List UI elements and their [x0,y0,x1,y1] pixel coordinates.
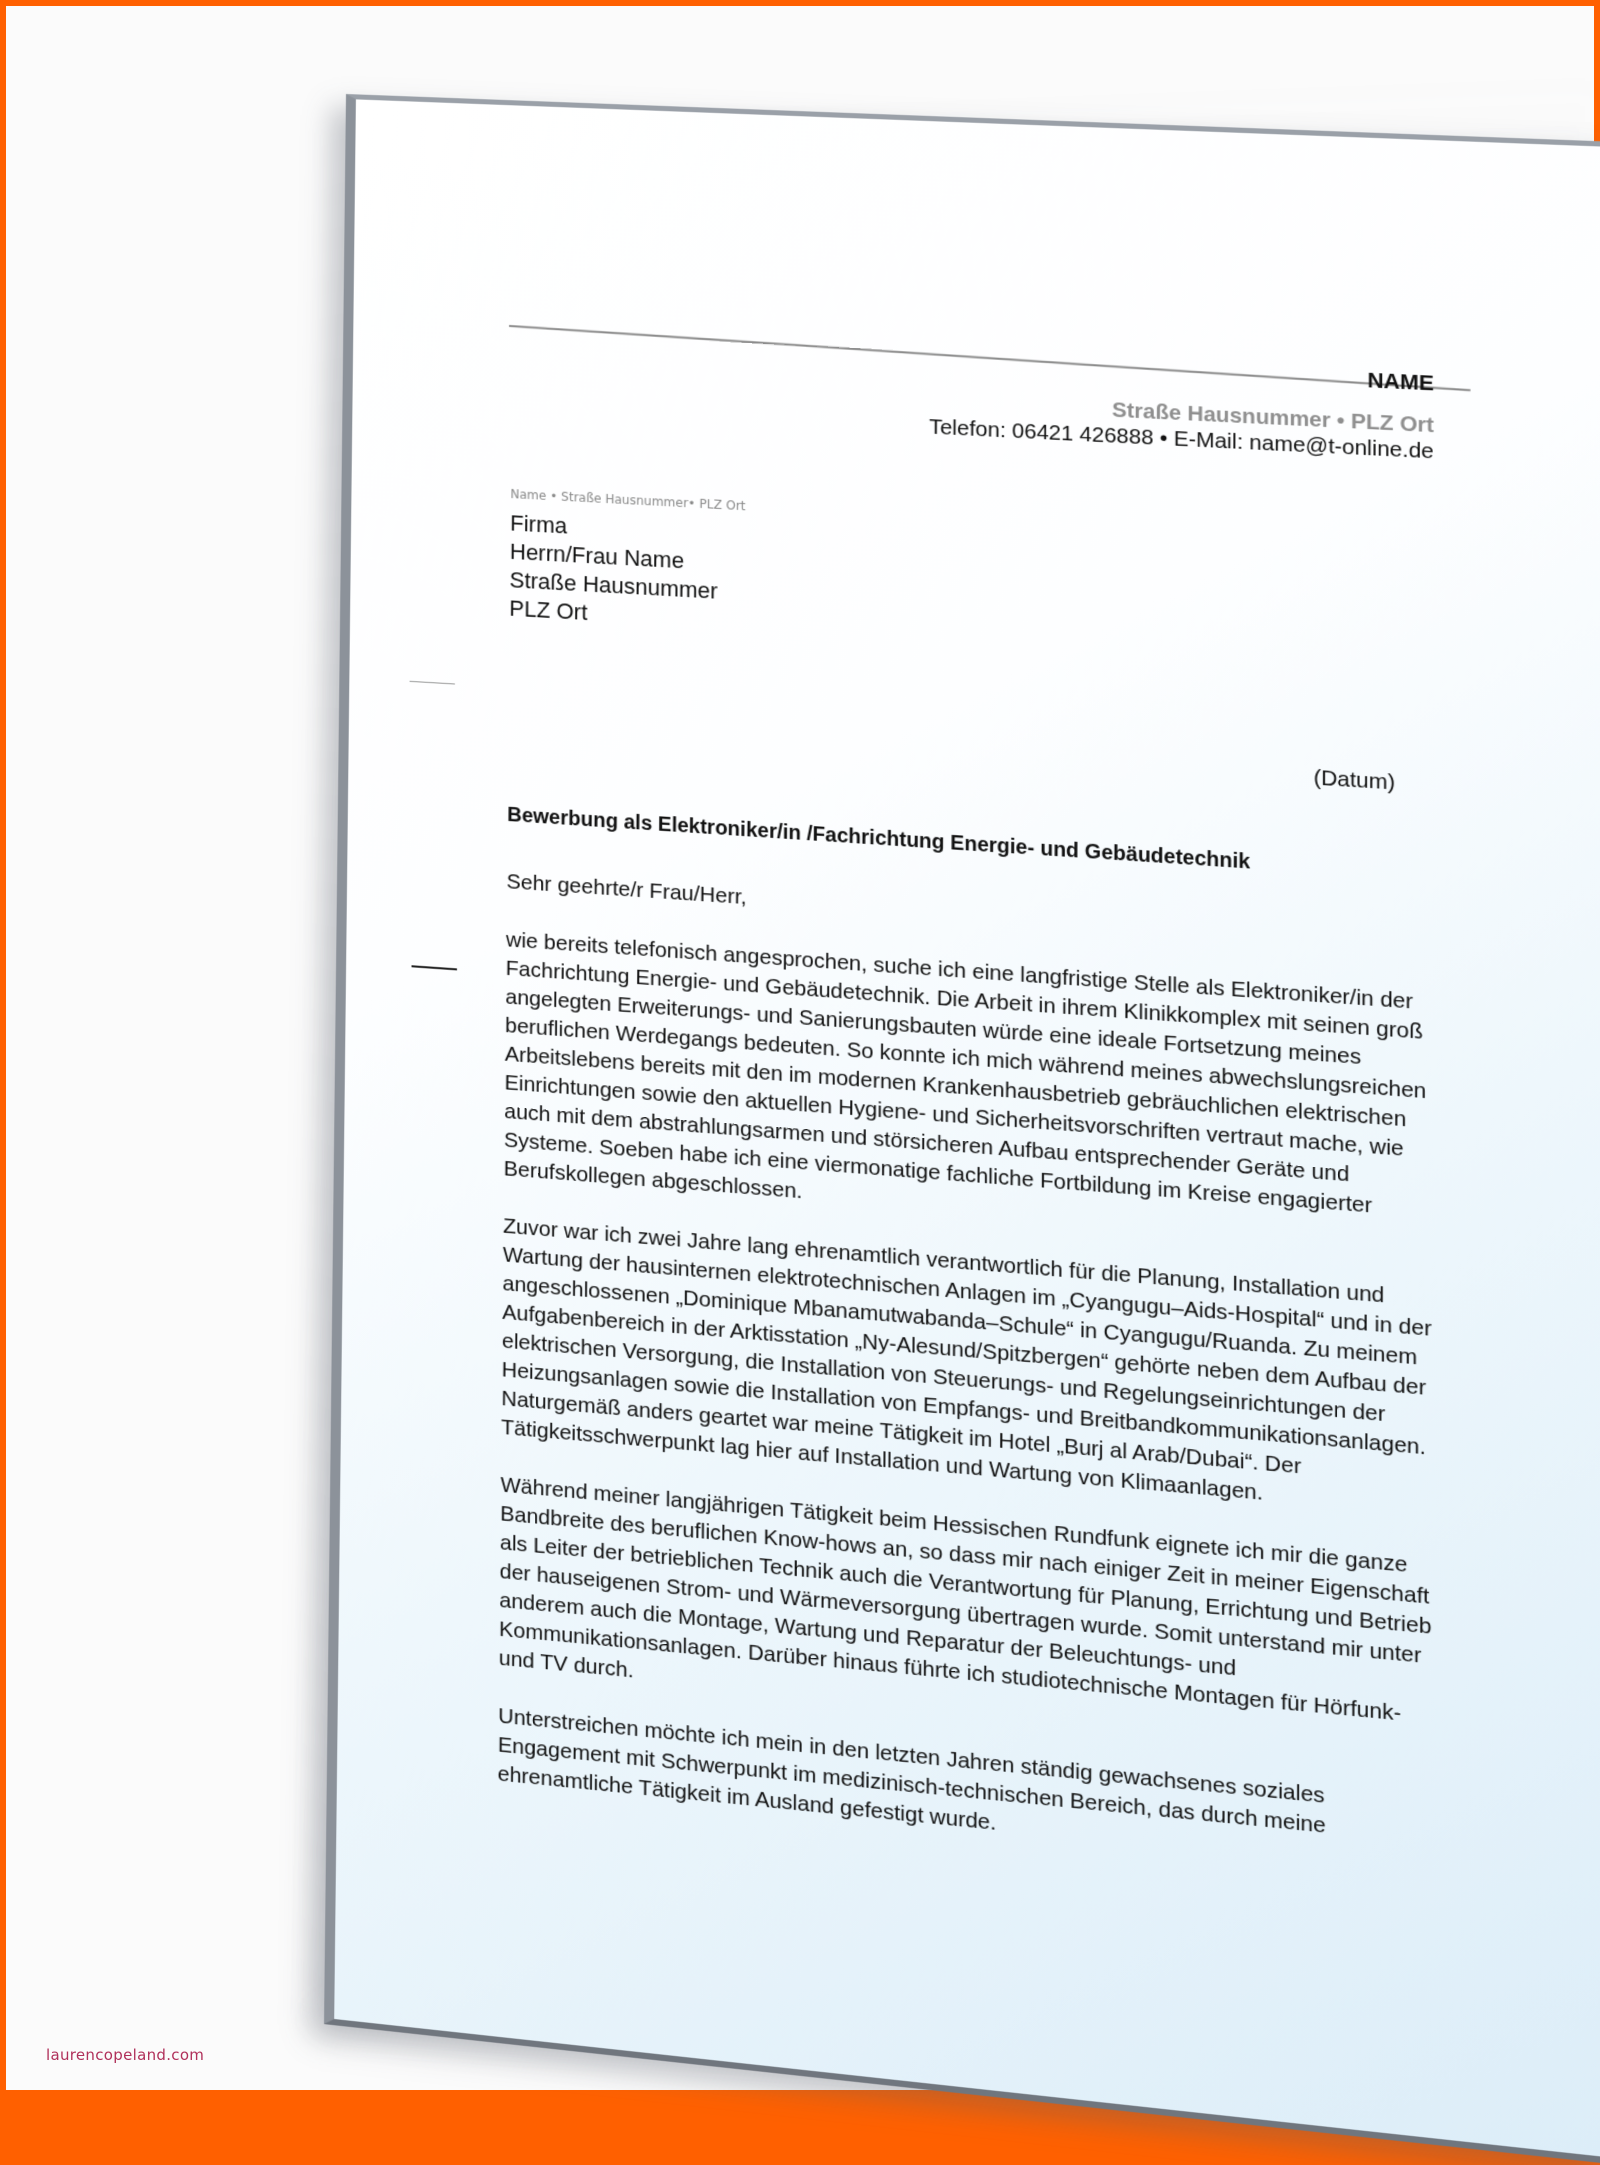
header-divider [509,325,1470,391]
return-address-line: Name • Straße Hausnummer• PLZ Ort [510,487,745,513]
letter-salutation: Sehr geehrte/r Frau/Herr, [506,870,746,910]
letter-subject: Bewerbung als Elektroniker/in /Fachricht… [507,804,1250,875]
letter-body: wie bereits telefonisch angesprochen, su… [497,926,1451,1913]
recipient-address: Firma Herrn/Frau Name Straße Hausnummer … [509,509,718,634]
punch-mark [412,965,457,970]
letter-date: (Datum) [1313,766,1395,796]
fold-mark [410,681,455,685]
image-frame: NAME Straße Hausnummer • PLZ Ort Telefon… [6,6,1594,2090]
watermark: laurencopeland.com [46,2046,204,2064]
letter-page: NAME Straße Hausnummer • PLZ Ort Telefon… [324,94,1600,2100]
letter-content: NAME Straße Hausnummer • PLZ Ort Telefon… [334,99,1600,2100]
sender-name: NAME [1367,369,1434,397]
letter-paragraph: wie bereits telefonisch angesprochen, su… [504,926,1451,1257]
letter-paragraph: Zuvor war ich zwei Jahre lang ehrenamtli… [501,1212,1450,1524]
